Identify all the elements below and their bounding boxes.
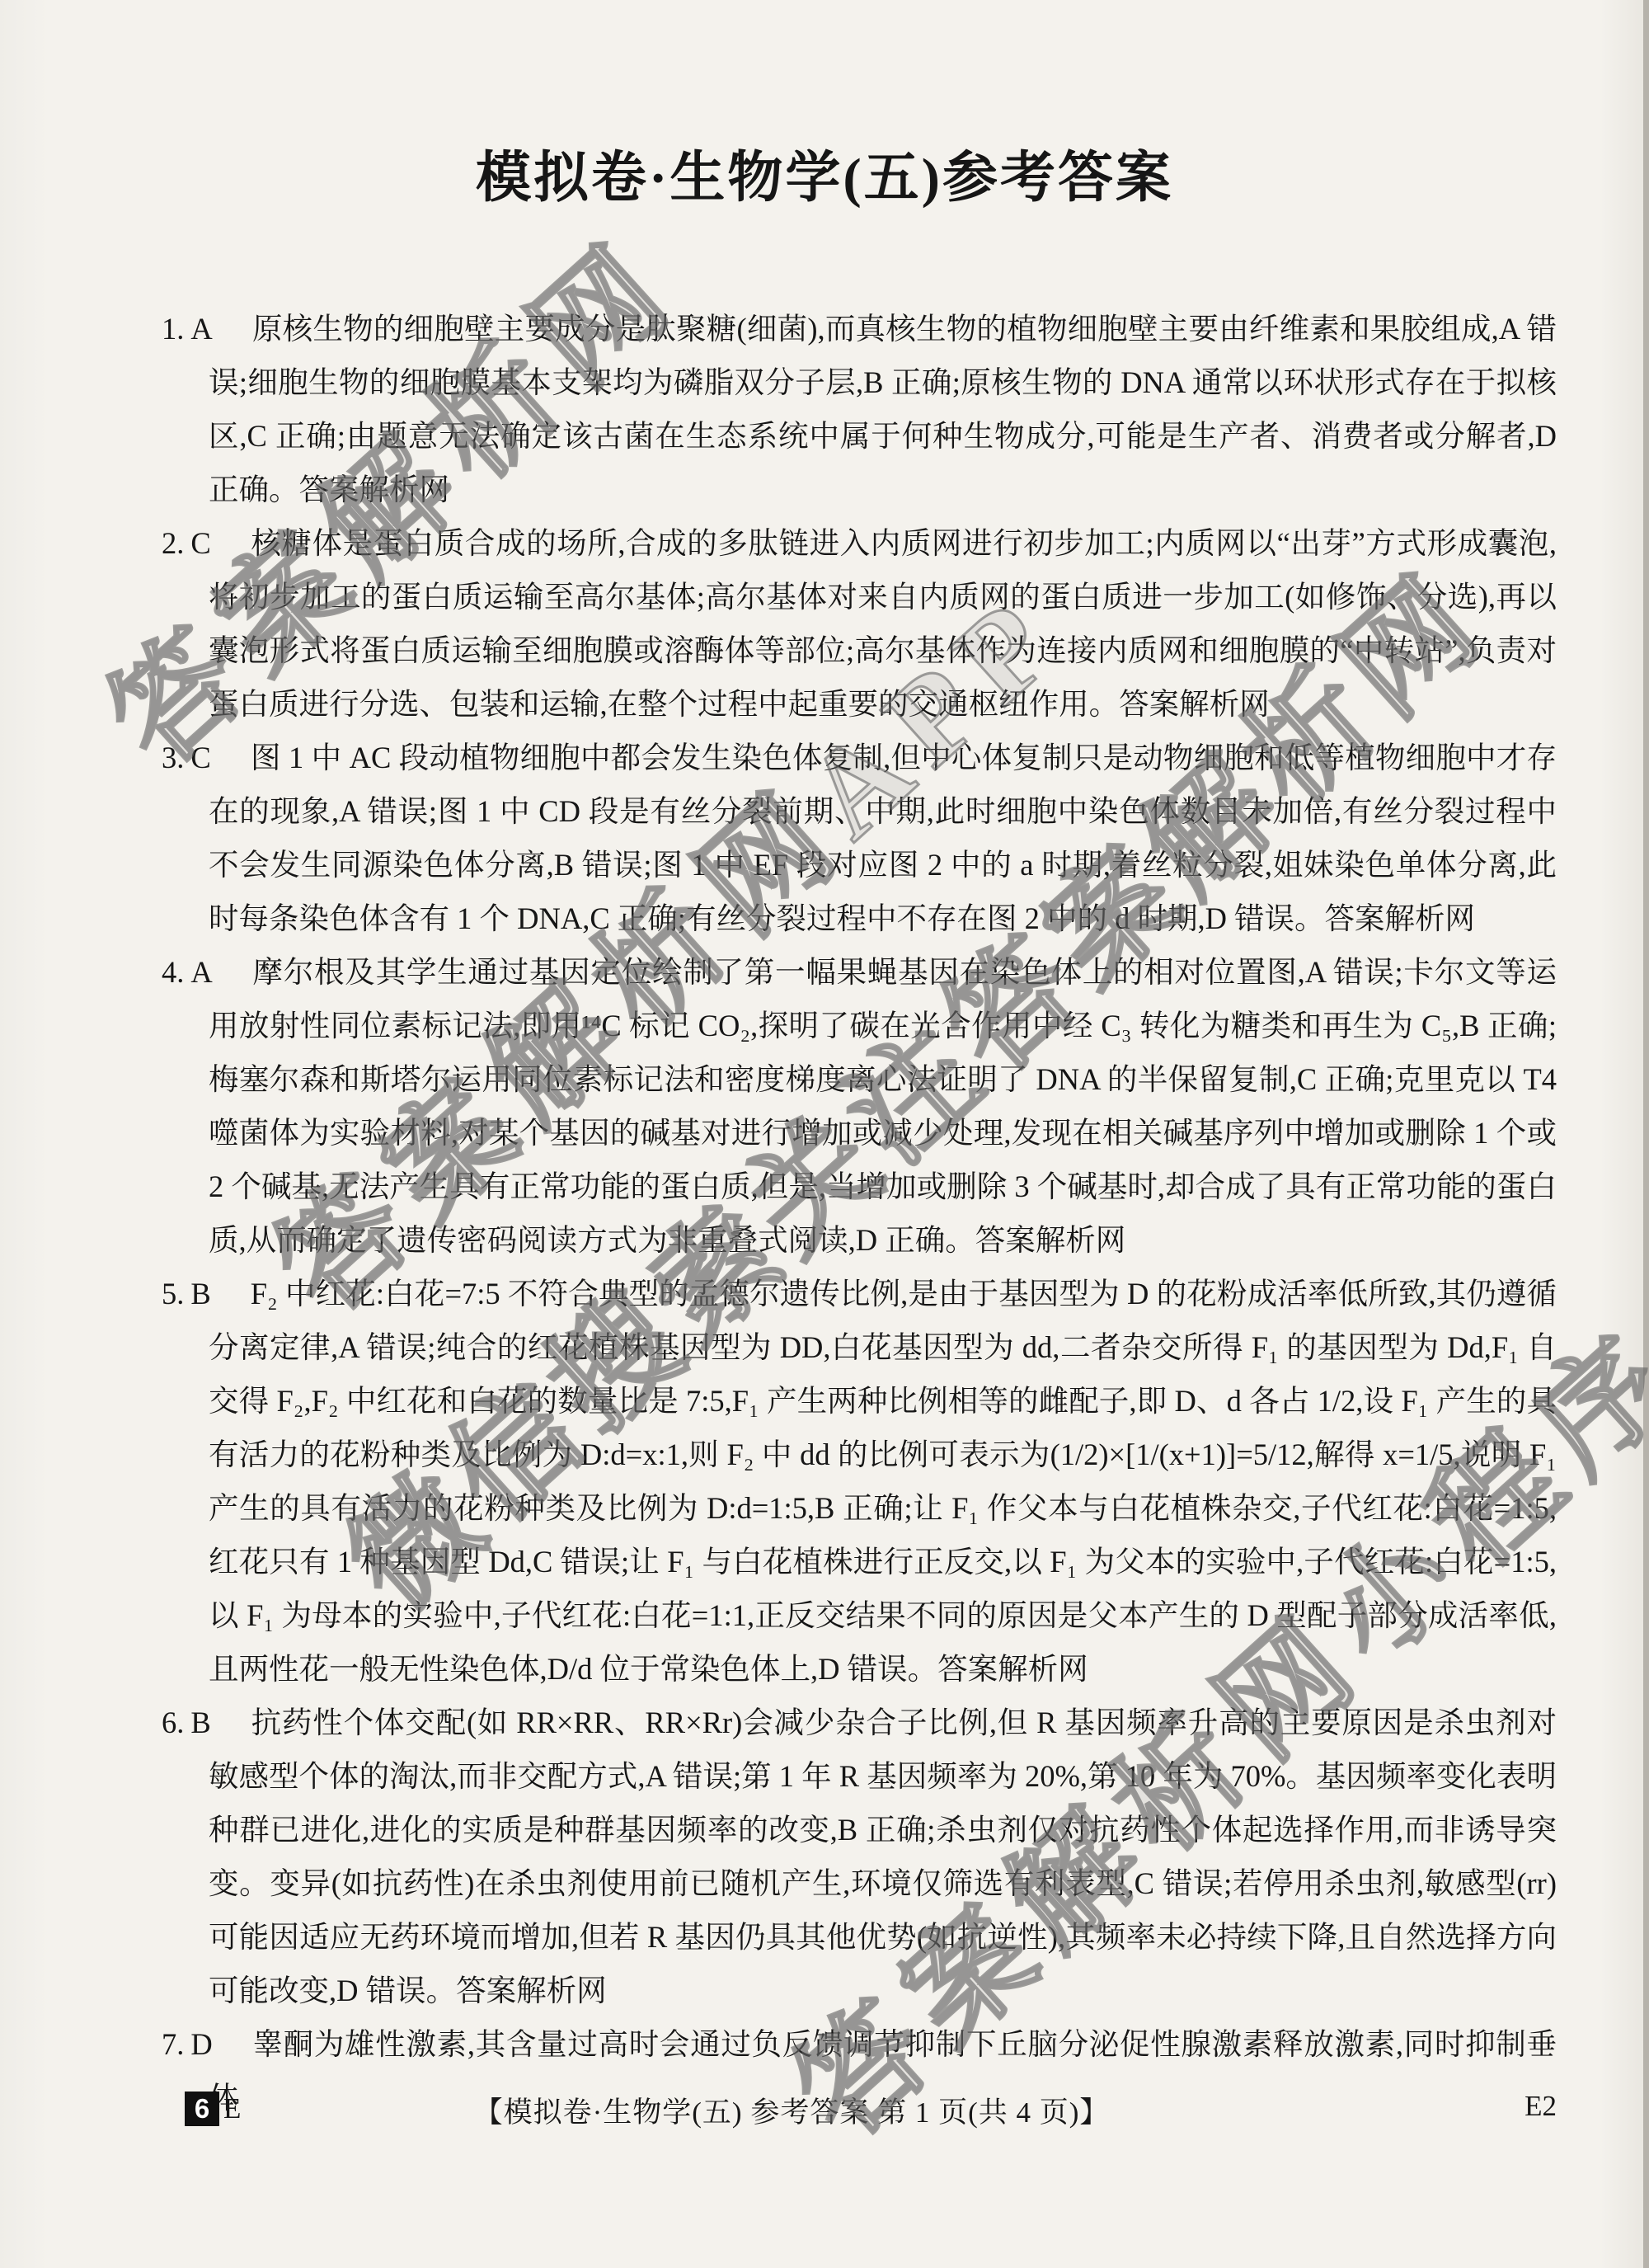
answer-choice: B [190, 1277, 210, 1310]
answer-text: 摩尔根及其学生通过基因定位绘制了第一幅果蝇基因在染色体上的相对位置图,A 错误;… [209, 955, 1557, 1257]
answer-item-6: 6.B抗药性个体交配(如 RR×RR、RR×Rr)会减少杂合子比例,但 R 基因… [162, 1696, 1557, 2017]
answer-choice: A [190, 955, 212, 989]
answer-list: 1.A原核生物的细胞壁主要成分是肽聚糖(细菌),而真核生物的植物细胞壁主要由纤维… [162, 302, 1557, 2124]
answer-choice: B [190, 1706, 210, 1739]
answer-choice: C [190, 741, 210, 774]
answer-item-3: 3.C图 1 中 AC 段动植物细胞中都会发生染色体复制,但中心体复制只是动物细… [162, 731, 1557, 945]
answer-choice: C [190, 526, 210, 560]
answer-choice: D [190, 2027, 212, 2061]
answer-number: 4. [162, 955, 184, 989]
answer-number: 5. [162, 1277, 184, 1310]
answer-number: 3. [162, 741, 184, 774]
footer-right-code: E2 [1525, 2090, 1557, 2123]
answer-text: 原核生物的细胞壁主要成分是肽聚糖(细菌),而真核生物的植物细胞壁主要由纤维素和果… [209, 312, 1557, 506]
footer-page-info: 【模拟卷·生物学(五) 参考答案 第 1 页(共 4 页)】 [0, 2090, 1649, 2131]
scan-edge-shadow [1643, 0, 1649, 2268]
answer-text: 核糖体是蛋白质合成的场所,合成的多肽链进入内质网进行初步加工;内质网以“出芽”方… [209, 526, 1557, 721]
answer-item-2: 2.C核糖体是蛋白质合成的场所,合成的多肽链进入内质网进行初步加工;内质网以“出… [162, 516, 1557, 731]
answer-number: 1. [162, 312, 184, 346]
answer-item-4: 4.A摩尔根及其学生通过基因定位绘制了第一幅果蝇基因在染色体上的相对位置图,A … [162, 945, 1557, 1267]
answer-choice: A [190, 312, 212, 346]
answer-item-5: 5.BF₂ 中红花:白花=7:5 不符合典型的孟德尔遗传比例,是由于基因型为 D… [162, 1267, 1557, 1696]
scanned-answer-page: 模拟卷·生物学(五)参考答案 1.A原核生物的细胞壁主要成分是肽聚糖(细菌),而… [0, 0, 1649, 2268]
answer-number: 6. [162, 1706, 184, 1739]
page-footer: 6 E 【模拟卷·生物学(五) 参考答案 第 1 页(共 4 页)】 E2 [0, 2090, 1649, 2139]
answer-text: 抗药性个体交配(如 RR×RR、RR×Rr)会减少杂合子比例,但 R 基因频率升… [209, 1706, 1557, 2007]
answer-text: 图 1 中 AC 段动植物细胞中都会发生染色体复制,但中心体复制只是动物细胞和低… [209, 741, 1557, 935]
answer-item-1: 1.A原核生物的细胞壁主要成分是肽聚糖(细菌),而真核生物的植物细胞壁主要由纤维… [162, 302, 1557, 516]
page-title: 模拟卷·生物学(五)参考答案 [0, 134, 1649, 213]
answer-text: F₂ 中红花:白花=7:5 不符合典型的孟德尔遗传比例,是由于基因型为 D 的花… [209, 1277, 1557, 1686]
answer-number: 7. [162, 2027, 184, 2061]
answer-number: 2. [162, 526, 184, 560]
